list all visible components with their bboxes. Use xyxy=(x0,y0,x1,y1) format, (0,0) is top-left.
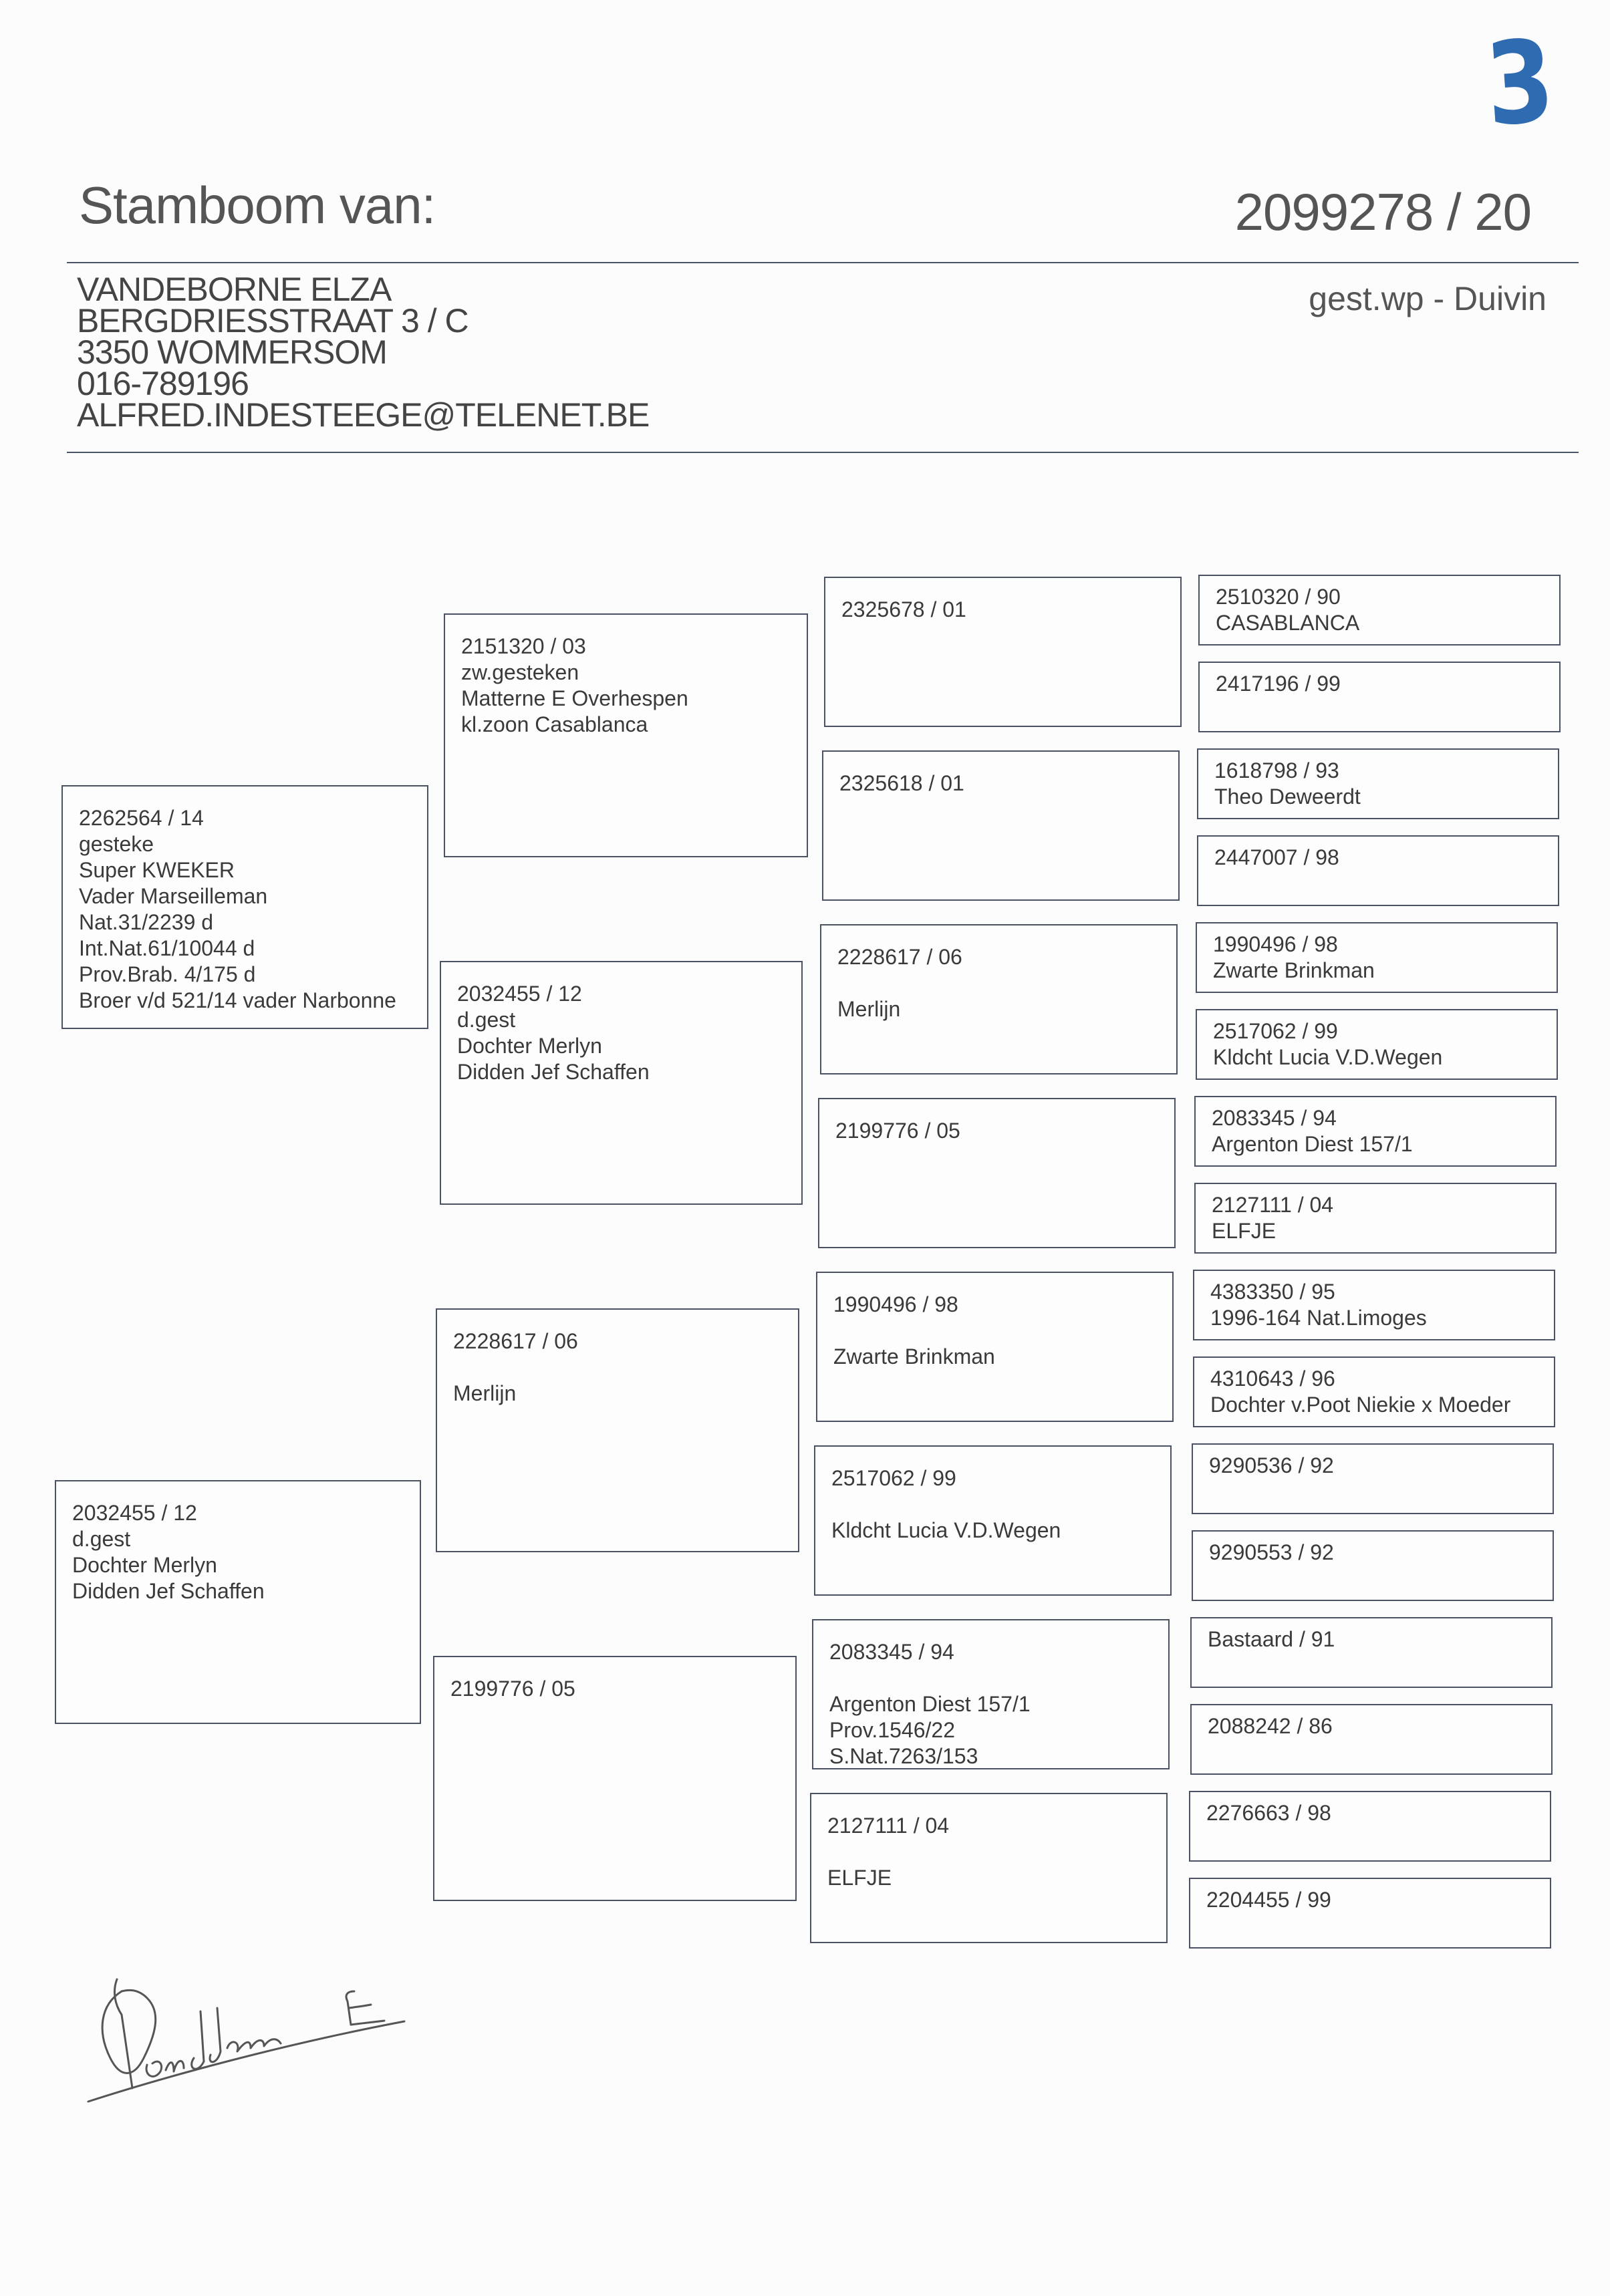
pigeon-note: Didden Jef Schaffen xyxy=(72,1578,405,1604)
ring-number: 4383350 / 95 xyxy=(1210,1279,1539,1305)
pigeon-note: Didden Jef Schaffen xyxy=(457,1059,787,1085)
pigeon-note: Int.Nat.61/10044 d xyxy=(79,936,412,962)
pigeon-note: Zwarte Brinkman xyxy=(1213,958,1542,984)
parent-box: 2032455 / 12d.gestDochter MerlynDidden J… xyxy=(55,1480,421,1724)
owner-city: 3350 WOMMERSOM xyxy=(77,337,649,368)
pigeon-note: 1996-164 Nat.Limoges xyxy=(1210,1305,1539,1331)
ring-number: 2447007 / 98 xyxy=(1214,845,1543,871)
ring-number: 2262564 / 14 xyxy=(79,805,412,831)
ring-number: 2517062 / 99 xyxy=(1213,1018,1542,1044)
ring-number: 2032455 / 12 xyxy=(457,981,787,1007)
line-spacer xyxy=(831,1491,1156,1518)
pigeon-note: d.gest xyxy=(457,1007,787,1033)
parent-box: 2262564 / 14gestekeSuper KWEKERVader Mar… xyxy=(61,785,428,1029)
great-grandparent-box: 2083345 / 94Argenton Diest 157/1Prov.154… xyxy=(812,1619,1170,1769)
great-great-grandparent-box: 2417196 / 99 xyxy=(1198,662,1561,732)
ring-number: 2032455 / 12 xyxy=(72,1500,405,1526)
great-grandparent-box: 2199776 / 05 xyxy=(818,1098,1176,1248)
great-grandparent-box: 2517062 / 99Kldcht Lucia V.D.Wegen xyxy=(814,1445,1172,1596)
pigeon-note: CASABLANCA xyxy=(1216,610,1545,636)
ring-number: 2127111 / 04 xyxy=(827,1813,1152,1839)
handwritten-page-number: 3 xyxy=(1482,25,1557,143)
pigeon-note: ELFJE xyxy=(1212,1218,1540,1244)
great-grandparent-box: 2325678 / 01 xyxy=(824,577,1182,727)
pigeon-note: Broer v/d 521/14 vader Narbonne xyxy=(79,988,412,1014)
great-great-grandparent-box: 2083345 / 94Argenton Diest 157/1 xyxy=(1194,1096,1557,1167)
line-spacer xyxy=(453,1354,783,1381)
ring-number: 2228617 / 06 xyxy=(453,1328,783,1354)
ring-number: 2417196 / 99 xyxy=(1216,671,1545,697)
pigeon-note: Argenton Diest 157/1 xyxy=(829,1691,1154,1717)
ring-number: 2517062 / 99 xyxy=(831,1465,1156,1491)
owner-block: VANDEBORNE ELZA BERGDRIESSTRAAT 3 / C 33… xyxy=(77,274,649,431)
ring-number: 2228617 / 06 xyxy=(837,944,1162,970)
great-grandparent-box: 2127111 / 04ELFJE xyxy=(810,1793,1168,1943)
pigeon-note: Prov.1546/22 xyxy=(829,1717,1154,1743)
pigeon-note: Theo Deweerdt xyxy=(1214,784,1543,810)
page-title: Stamboom van: xyxy=(79,175,435,236)
grandparent-box: 2228617 / 06Merlijn xyxy=(436,1308,799,1552)
great-grandparent-box: 2228617 / 06Merlijn xyxy=(820,924,1178,1074)
ring-number: 2510320 / 90 xyxy=(1216,584,1545,610)
ring-number: 1990496 / 98 xyxy=(833,1292,1158,1318)
pigeon-note: Matterne E Overhespen xyxy=(461,686,792,712)
great-great-grandparent-box: 2088242 / 86 xyxy=(1190,1704,1553,1775)
ring-number: 2088242 / 86 xyxy=(1208,1713,1536,1739)
pigeon-note: Kldcht Lucia V.D.Wegen xyxy=(831,1518,1156,1544)
great-great-grandparent-box: 2204455 / 99 xyxy=(1189,1878,1551,1949)
pigeon-note: Merlijn xyxy=(453,1381,783,1407)
great-grandparent-box: 1990496 / 98Zwarte Brinkman xyxy=(816,1272,1174,1422)
bird-sex-color: gest.wp - Duivin xyxy=(1309,279,1547,318)
pigeon-note: Dochter v.Poot Niekie x Moeder xyxy=(1210,1392,1539,1418)
ring-number: 9290553 / 92 xyxy=(1209,1540,1538,1566)
pigeon-note: Kldcht Lucia V.D.Wegen xyxy=(1213,1044,1542,1070)
great-great-grandparent-box: 4383350 / 951996-164 Nat.Limoges xyxy=(1193,1270,1555,1340)
pigeon-note: Vader Marseilleman xyxy=(79,883,412,909)
pigeon-note: Merlijn xyxy=(837,996,1162,1022)
pigeon-note: Super KWEKER xyxy=(79,857,412,883)
pigeon-note: zw.gesteken xyxy=(461,660,792,686)
ring-number: Bastaard / 91 xyxy=(1208,1626,1536,1653)
great-great-grandparent-box: 4310643 / 96Dochter v.Poot Niekie x Moed… xyxy=(1193,1356,1555,1427)
pigeon-note: Zwarte Brinkman xyxy=(833,1344,1158,1370)
great-grandparent-box: 2325618 / 01 xyxy=(822,750,1180,901)
ring-number: 4310643 / 96 xyxy=(1210,1366,1539,1392)
owner-street: BERGDRIESSTRAAT 3 / C xyxy=(77,305,649,337)
owner-phone: 016-789196 xyxy=(77,368,649,400)
owner-email: ALFRED.INDESTEEGE@TELENET.BE xyxy=(77,400,649,431)
great-great-grandparent-box: Bastaard / 91 xyxy=(1190,1617,1553,1688)
great-great-grandparent-box: 1618798 / 93Theo Deweerdt xyxy=(1197,748,1559,819)
header-divider xyxy=(67,262,1579,263)
great-great-grandparent-box: 9290536 / 92 xyxy=(1192,1443,1554,1514)
great-great-grandparent-box: 9290553 / 92 xyxy=(1192,1530,1554,1601)
ring-number: 2325678 / 01 xyxy=(841,597,1166,623)
ring-number: 1990496 / 98 xyxy=(1213,931,1542,958)
owner-name: VANDEBORNE ELZA xyxy=(77,274,649,305)
grandparent-box: 2032455 / 12d.gestDochter MerlynDidden J… xyxy=(440,961,803,1205)
ring-number: 9290536 / 92 xyxy=(1209,1453,1538,1479)
great-great-grandparent-box: 2510320 / 90CASABLANCA xyxy=(1198,575,1561,645)
great-great-grandparent-box: 2127111 / 04ELFJE xyxy=(1194,1183,1557,1254)
owner-divider xyxy=(67,452,1579,453)
pigeon-note: kl.zoon Casablanca xyxy=(461,712,792,738)
ring-number: 2199776 / 05 xyxy=(450,1676,781,1702)
ring-number: 2127111 / 04 xyxy=(1212,1192,1540,1218)
ring-number: 1618798 / 93 xyxy=(1214,758,1543,784)
great-great-grandparent-box: 2517062 / 99Kldcht Lucia V.D.Wegen xyxy=(1196,1009,1558,1080)
line-spacer xyxy=(827,1839,1152,1865)
grandparent-box: 2199776 / 05 xyxy=(433,1656,797,1901)
ring-number: 2151320 / 03 xyxy=(461,633,792,660)
great-great-grandparent-box: 1990496 / 98Zwarte Brinkman xyxy=(1196,922,1558,993)
grandparent-box: 2151320 / 03zw.gestekenMatterne E Overhe… xyxy=(444,613,808,857)
pigeon-note: d.gest xyxy=(72,1526,405,1552)
pigeon-note: Argenton Diest 157/1 xyxy=(1212,1131,1540,1157)
ring-number: 2083345 / 94 xyxy=(1212,1105,1540,1131)
pigeon-note: Prov.Brab. 4/175 d xyxy=(79,962,412,988)
ring-number: 2276663 / 98 xyxy=(1206,1800,1535,1826)
ring-number: 2199776 / 05 xyxy=(835,1118,1160,1144)
pigeon-note: gesteke xyxy=(79,831,412,857)
pigeon-note: Dochter Merlyn xyxy=(457,1033,787,1059)
line-spacer xyxy=(833,1318,1158,1344)
line-spacer xyxy=(829,1665,1154,1691)
ring-number: 2204455 / 99 xyxy=(1206,1887,1535,1913)
signature-icon xyxy=(80,1951,441,2112)
ring-number: 2083345 / 94 xyxy=(829,1639,1154,1665)
pigeon-note: S.Nat.7263/153 xyxy=(829,1743,1154,1769)
great-great-grandparent-box: 2447007 / 98 xyxy=(1197,835,1559,906)
great-great-grandparent-box: 2276663 / 98 xyxy=(1189,1791,1551,1862)
ring-number: 2325618 / 01 xyxy=(839,770,1164,797)
pigeon-note: Nat.31/2239 d xyxy=(79,909,412,936)
pigeon-note: Dochter Merlyn xyxy=(72,1552,405,1578)
ring-number: 2099278 / 20 xyxy=(1235,182,1531,243)
line-spacer xyxy=(837,970,1162,996)
pigeon-note: ELFJE xyxy=(827,1865,1152,1891)
